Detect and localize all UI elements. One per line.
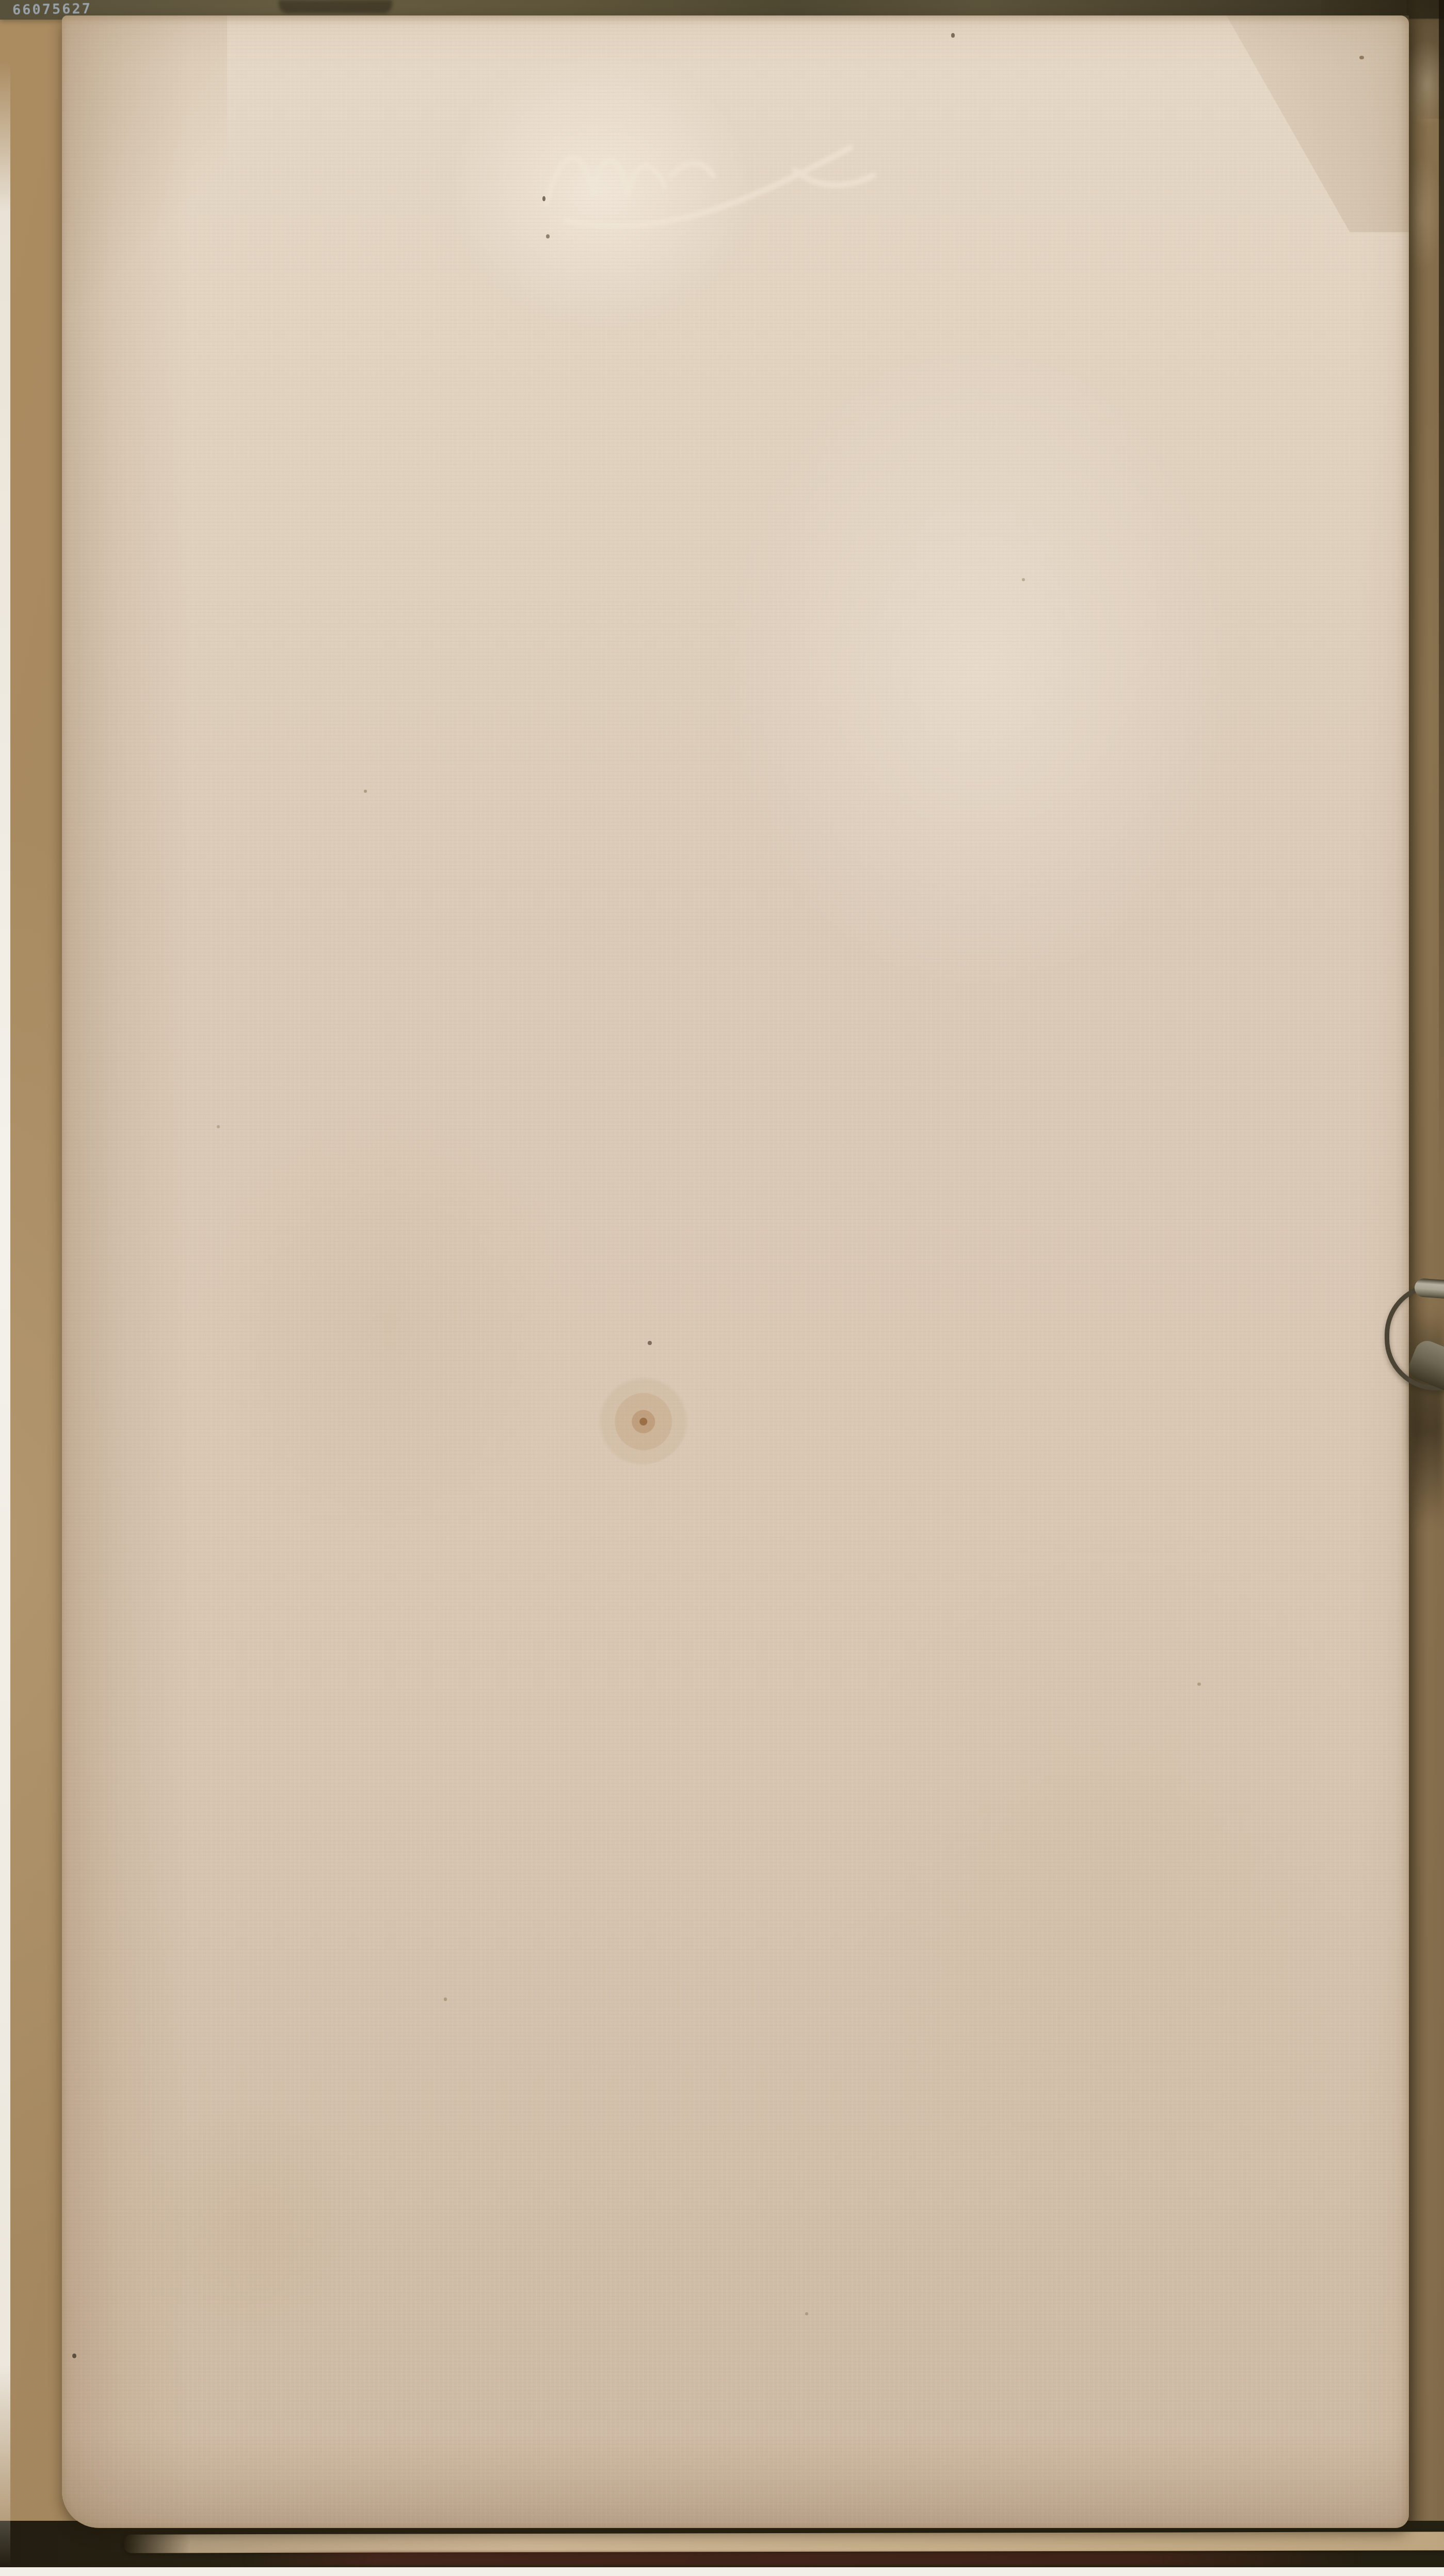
paper-speck bbox=[542, 196, 545, 201]
page-gutter-shading bbox=[62, 15, 191, 2528]
paper-speck bbox=[805, 2312, 808, 2315]
paper-speck bbox=[1197, 1683, 1201, 1686]
page-bottom-shading bbox=[62, 2435, 1409, 2528]
paper-speck bbox=[951, 33, 955, 38]
paper-speck bbox=[364, 790, 367, 793]
page-top-left-shading bbox=[62, 15, 227, 305]
paper-speck bbox=[1359, 56, 1364, 59]
paper-speck bbox=[72, 2354, 76, 2358]
paper-speck bbox=[1022, 578, 1025, 581]
paper-speck bbox=[648, 1341, 652, 1345]
maroon-tailband bbox=[243, 2552, 1362, 2565]
foxing-stain bbox=[593, 1369, 689, 1465]
page-sheet bbox=[62, 15, 1409, 2528]
handwriting-bleedthrough-ghost bbox=[516, 98, 888, 248]
cover-right-edge-line bbox=[1439, 0, 1444, 1187]
paper-speck bbox=[217, 1125, 220, 1128]
scan-id-label: 66075627 bbox=[12, 1, 92, 19]
paper-speck bbox=[444, 1997, 447, 2001]
page-block-fore-edge bbox=[124, 2532, 1444, 2553]
paper-speck bbox=[546, 234, 550, 238]
metal-clip-top-bar bbox=[1414, 1278, 1444, 1299]
cover-top-dark-notch bbox=[279, 0, 392, 13]
page-top-right-crease-shadow bbox=[1141, 15, 1409, 232]
scanned-book-page: 66075627 bbox=[0, 0, 1444, 2576]
scanner-background bbox=[0, 62, 10, 2567]
